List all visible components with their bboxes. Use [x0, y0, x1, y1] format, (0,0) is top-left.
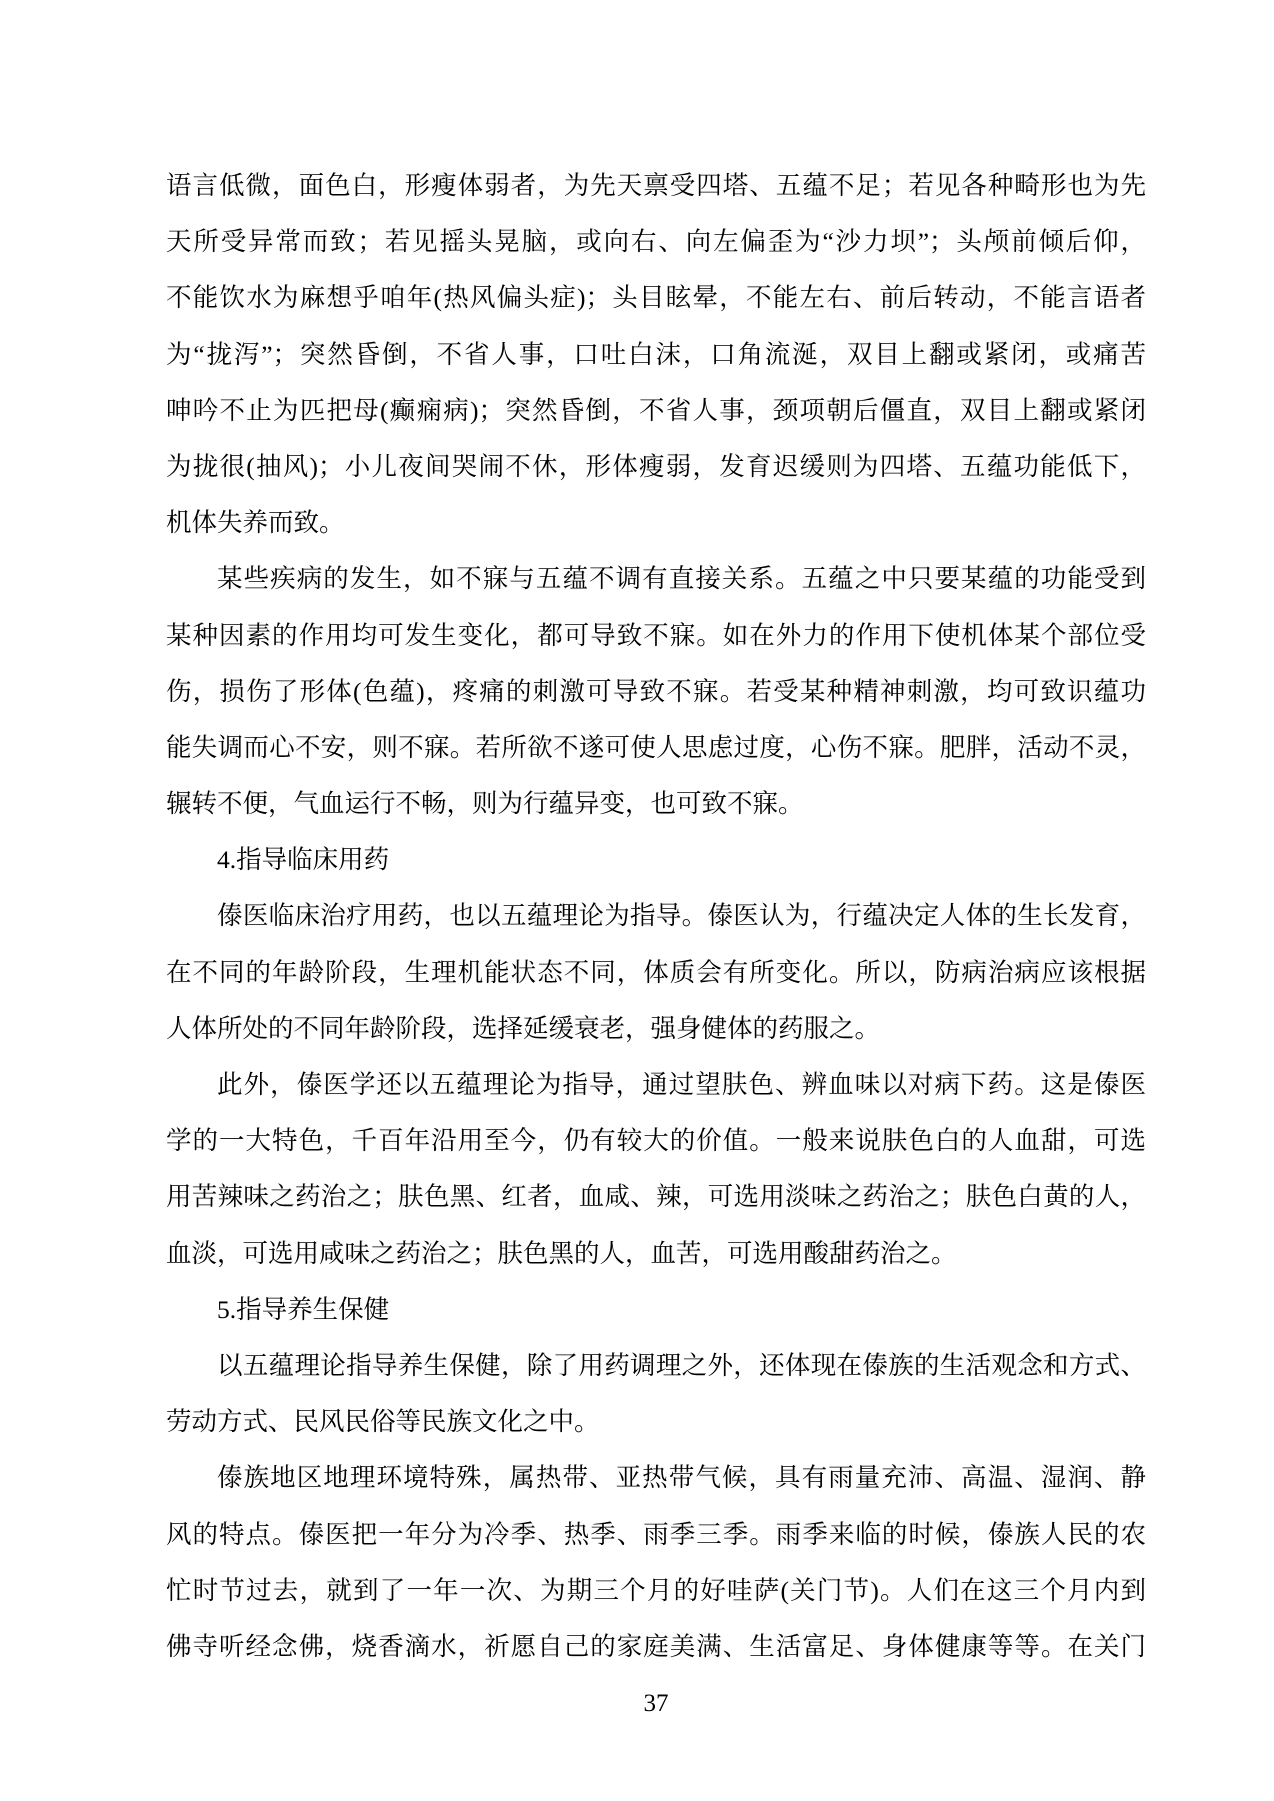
text-line: 能失调而心不安，则不寐。若所欲不遂可使人思虑过度，心伤不寐。肥胖，活动不灵，: [166, 720, 1146, 776]
paragraph: 某些疾病的发生，如不寐与五蕴不调有直接关系。五蕴之中只要某蕴的功能受到某种因素的…: [166, 551, 1146, 832]
text-line: 此外，傣医学还以五蕴理论为指导，通过望肤色、辨血味以对病下药。这是傣医: [166, 1057, 1146, 1113]
paragraph: 此外，傣医学还以五蕴理论为指导，通过望肤色、辨血味以对病下药。这是傣医学的一大特…: [166, 1057, 1146, 1282]
text-line: 在不同的年龄阶段，生理机能状态不同，体质会有所变化。所以，防病治病应该根据: [166, 945, 1146, 1001]
text-line: 血淡，可选用咸味之药治之；肤色黑的人，血苦，可选用酸甜药治之。: [166, 1226, 1146, 1282]
text-line: 傣族地区地理环境特殊，属热带、亚热带气候，具有雨量充沛、高温、湿润、静: [166, 1450, 1146, 1506]
page-number: 37: [166, 1690, 1146, 1718]
text-line: 呻吟不止为匹把母(癫痫病)；突然昏倒，不省人事，颈项朝后僵直，双目上翻或紧闭: [166, 383, 1146, 439]
text-line: 风的特点。傣医把一年分为冷季、热季、雨季三季。雨季来临的时候，傣族人民的农: [166, 1507, 1146, 1563]
section-heading: 4.指导临床用药: [166, 832, 1146, 888]
paragraph: 语言低微，面色白，形瘦体弱者，为先天禀受四塔、五蕴不足；若见各种畸形也为先天所受…: [166, 158, 1146, 551]
text-line: 机体失养而致。: [166, 495, 1146, 551]
body-text: 语言低微，面色白，形瘦体弱者，为先天禀受四塔、五蕴不足；若见各种畸形也为先天所受…: [166, 158, 1146, 1675]
text-line: 不能饮水为麻想乎咱年(热风偏头症)；头目眩晕，不能左右、前后转动，不能言语者: [166, 270, 1146, 326]
text-line: 学的一大特色，千百年沿用至今，仍有较大的价值。一般来说肤色白的人血甜，可选: [166, 1113, 1146, 1169]
text-line: 忙时节过去，就到了一年一次、为期三个月的好哇萨(关门节)。人们在这三个月内到: [166, 1563, 1146, 1619]
text-line: 5.指导养生保健: [166, 1282, 1146, 1338]
text-line: 某种因素的作用均可发生变化，都可导致不寐。如在外力的作用下使机体某个部位受: [166, 608, 1146, 664]
text-line: 以五蕴理论指导养生保健，除了用药调理之外，还体现在傣族的生活观念和方式、: [166, 1338, 1146, 1394]
text-line: 语言低微，面色白，形瘦体弱者，为先天禀受四塔、五蕴不足；若见各种畸形也为先: [166, 158, 1146, 214]
text-line: 人体所处的不同年龄阶段，选择延缓衰老，强身健体的药服之。: [166, 1001, 1146, 1057]
section-heading: 5.指导养生保健: [166, 1282, 1146, 1338]
paragraph: 以五蕴理论指导养生保健，除了用药调理之外，还体现在傣族的生活观念和方式、劳动方式…: [166, 1338, 1146, 1450]
text-line: 劳动方式、民风民俗等民族文化之中。: [166, 1394, 1146, 1450]
paragraph: 傣族地区地理环境特殊，属热带、亚热带气候，具有雨量充沛、高温、湿润、静风的特点。…: [166, 1450, 1146, 1675]
text-line: 辗转不便，气血运行不畅，则为行蕴异变，也可致不寐。: [166, 776, 1146, 832]
text-line: 伤，损伤了形体(色蕴)，疼痛的刺激可导致不寐。若受某种精神刺激，均可致识蕴功: [166, 664, 1146, 720]
text-line: 佛寺听经念佛，烧香滴水，祈愿自己的家庭美满、生活富足、身体健康等等。在关门: [166, 1619, 1146, 1675]
text-line: 傣医临床治疗用药，也以五蕴理论为指导。傣医认为，行蕴决定人体的生长发育，: [166, 888, 1146, 944]
text-line: 4.指导临床用药: [166, 832, 1146, 888]
text-line: 某些疾病的发生，如不寐与五蕴不调有直接关系。五蕴之中只要某蕴的功能受到: [166, 551, 1146, 607]
text-line: 用苦辣味之药治之；肤色黑、红者，血咸、辣，可选用淡味之药治之；肤色白黄的人，: [166, 1169, 1146, 1225]
text-line: 天所受异常而致；若见摇头晃脑，或向右、向左偏歪为“沙力坝”；头颅前倾后仰，: [166, 214, 1146, 270]
document-page: 语言低微，面色白，形瘦体弱者，为先天禀受四塔、五蕴不足；若见各种畸形也为先天所受…: [0, 0, 1274, 1801]
text-line: 为“拢泻”；突然昏倒，不省人事，口吐白沫，口角流涎，双目上翻或紧闭，或痛苦: [166, 327, 1146, 383]
paragraph: 傣医临床治疗用药，也以五蕴理论为指导。傣医认为，行蕴决定人体的生长发育，在不同的…: [166, 888, 1146, 1057]
text-line: 为拢很(抽风)；小儿夜间哭闹不休，形体瘦弱，发育迟缓则为四塔、五蕴功能低下，: [166, 439, 1146, 495]
